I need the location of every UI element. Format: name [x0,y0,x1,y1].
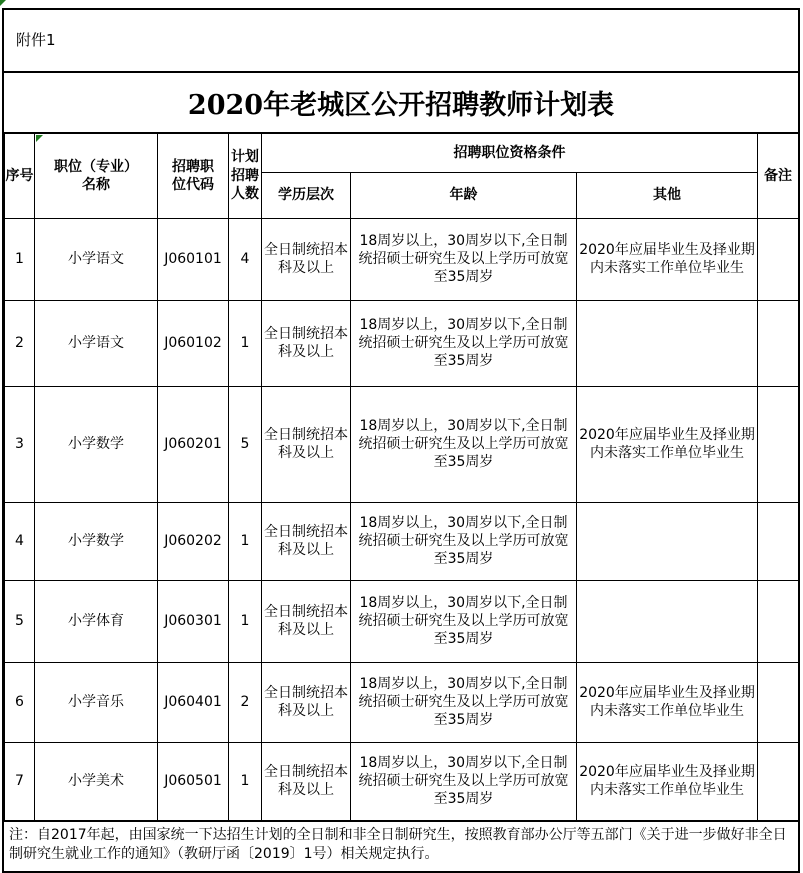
cell-education: 全日制统招本科及以上 [262,662,351,742]
table-row: 4 小学数学 J060202 1 全日制统招本科及以上 18周岁以上，30周岁以… [5,502,799,580]
cell-planned-count: 1 [229,580,262,662]
cell-index: 7 [5,742,35,820]
col-header-age: 年龄 [351,172,577,218]
cell-position-name: 小学美术 [35,742,158,820]
cell-position-name: 小学语文 [35,300,158,386]
cell-other [577,580,758,662]
footnote: 注：自2017年起，由国家统一下达招生计划的全日制和非全日制研究生，按照教育部办… [4,820,798,871]
table-row: 6 小学音乐 J060401 2 全日制统招本科及以上 18周岁以上，30周岁以… [5,662,799,742]
cell-remark [758,386,799,502]
cell-remark [758,742,799,820]
cell-remark [758,218,799,300]
cell-other: 2020年应届毕业生及择业期内未落实工作单位毕业生 [577,218,758,300]
cell-education: 全日制统招本科及以上 [262,580,351,662]
cell-position-code: J060202 [158,502,229,580]
cell-age: 18周岁以上，30周岁以下,全日制统招硕士研究生及以上学历可放宽至35周岁 [351,218,577,300]
cell-index: 5 [5,580,35,662]
cell-age: 18周岁以上，30周岁以下,全日制统招硕士研究生及以上学历可放宽至35周岁 [351,386,577,502]
cell-position-name: 小学数学 [35,386,158,502]
cell-position-code: J060201 [158,386,229,502]
cell-position-name: 小学体育 [35,580,158,662]
cell-education: 全日制统招本科及以上 [262,742,351,820]
cell-planned-count: 1 [229,502,262,580]
cell-position-code: J060301 [158,580,229,662]
col-header-planned-count: 计划 招聘 人数 [229,134,262,218]
table-row: 2 小学语文 J060102 1 全日制统招本科及以上 18周岁以上，30周岁以… [5,300,799,386]
col-header-index: 序号 [5,134,35,218]
cell-age: 18周岁以上，30周岁以下,全日制统招硕士研究生及以上学历可放宽至35周岁 [351,300,577,386]
col-header-other: 其他 [577,172,758,218]
col-header-position-name: 职位（专业） 名称 [35,134,158,218]
cell-index: 4 [5,502,35,580]
document-sheet: 附件1 2020年老城区公开招聘教师计划表 序号 职位（专业） 名称 招聘职 位… [2,8,800,873]
cell-position-code: J060101 [158,218,229,300]
cell-education: 全日制统招本科及以上 [262,300,351,386]
table-row: 3 小学数学 J060201 5 全日制统招本科及以上 18周岁以上，30周岁以… [5,386,799,502]
cell-index: 3 [5,386,35,502]
cell-index: 2 [5,300,35,386]
cell-position-name: 小学数学 [35,502,158,580]
cell-remark [758,580,799,662]
cell-remark [758,300,799,386]
col-header-qualification-group: 招聘职位资格条件 [262,134,758,172]
col-header-position-name-label: 职位（专业） 名称 [54,159,138,193]
cell-position-code: J060501 [158,742,229,820]
cell-planned-count: 4 [229,218,262,300]
cell-age: 18周岁以上，30周岁以下,全日制统招硕士研究生及以上学历可放宽至35周岁 [351,502,577,580]
cell-position-name: 小学语文 [35,218,158,300]
cell-education: 全日制统招本科及以上 [262,502,351,580]
cell-index: 6 [5,662,35,742]
table-row: 5 小学体育 J060301 1 全日制统招本科及以上 18周岁以上，30周岁以… [5,580,799,662]
cell-other: 2020年应届毕业生及择业期内未落实工作单位毕业生 [577,386,758,502]
cell-age: 18周岁以上，30周岁以下,全日制统招硕士研究生及以上学历可放宽至35周岁 [351,742,577,820]
table-row: 1 小学语文 J060101 4 全日制统招本科及以上 18周岁以上，30周岁以… [5,218,799,300]
cell-remark [758,662,799,742]
recruitment-plan-table: 序号 职位（专业） 名称 招聘职 位代码 计划 招聘 人数 招聘职位资格条件 备… [4,134,799,820]
cell-index: 1 [5,218,35,300]
cell-age: 18周岁以上，30周岁以下,全日制统招硕士研究生及以上学历可放宽至35周岁 [351,580,577,662]
cell-age: 18周岁以上，30周岁以下,全日制统招硕士研究生及以上学历可放宽至35周岁 [351,662,577,742]
page-corner-marker-icon [0,0,6,6]
cell-position-code: J060102 [158,300,229,386]
cell-other: 2020年应届毕业生及择业期内未落实工作单位毕业生 [577,742,758,820]
col-header-position-code: 招聘职 位代码 [158,134,229,218]
cell-other: 2020年应届毕业生及择业期内未落实工作单位毕业生 [577,662,758,742]
cell-remark [758,502,799,580]
cell-corner-marker-icon [36,135,43,142]
cell-planned-count: 2 [229,662,262,742]
cell-position-code: J060401 [158,662,229,742]
cell-planned-count: 1 [229,300,262,386]
cell-other [577,300,758,386]
cell-other [577,502,758,580]
table-row: 7 小学美术 J060501 1 全日制统招本科及以上 18周岁以上，30周岁以… [5,742,799,820]
attachment-label: 附件1 [4,10,798,73]
cell-planned-count: 1 [229,742,262,820]
cell-position-name: 小学音乐 [35,662,158,742]
page-title: 2020年老城区公开招聘教师计划表 [4,73,798,134]
cell-education: 全日制统招本科及以上 [262,218,351,300]
col-header-education: 学历层次 [262,172,351,218]
col-header-remark: 备注 [758,134,799,218]
cell-education: 全日制统招本科及以上 [262,386,351,502]
cell-planned-count: 5 [229,386,262,502]
